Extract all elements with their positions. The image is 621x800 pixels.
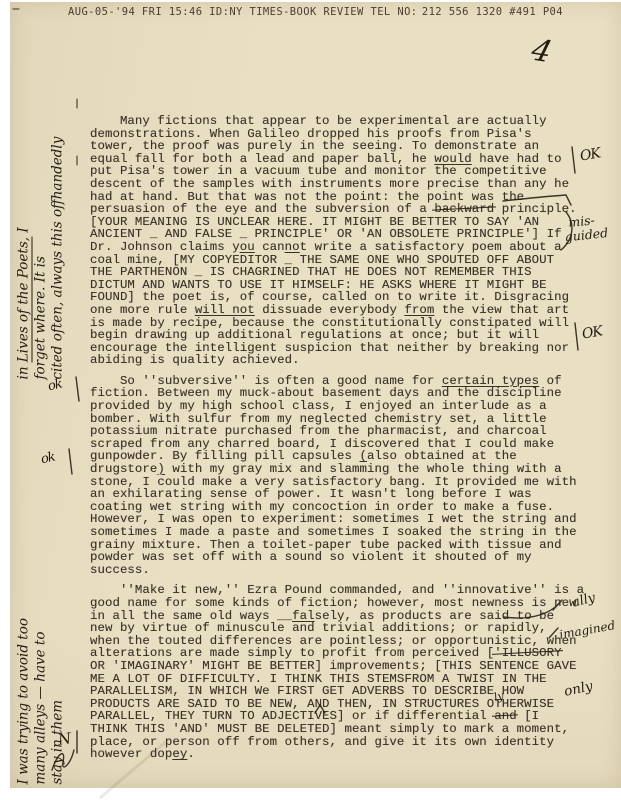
ok-mark-mid-right: OK [581, 323, 603, 342]
typed-line: success. [90, 564, 590, 577]
typed-line: drugstore) with my gray mix and slamming… [90, 463, 590, 476]
margin-note-top-left: in Lives of the Poets, I forget where. I… [16, 80, 67, 380]
typed-line: good name for some kinds of fiction; how… [90, 597, 590, 610]
ok-mark-left-upper: ok [47, 377, 64, 395]
misguided-note: mis- guided [568, 212, 609, 244]
typed-line: sometimes I made a paste and sometimes I… [90, 526, 590, 539]
typed-line: descent of the samples with instruments … [90, 178, 590, 191]
typed-line: Many fictions that appear to be experime… [90, 115, 590, 128]
end-paragraph-mark: N [57, 729, 73, 749]
typescript-body: Many fictions that appear to be experime… [90, 115, 590, 769]
margin-note-line: many alleys — have to [33, 565, 50, 785]
typed-line: persuasion of the eye and the subversion… [90, 203, 590, 216]
ok-mark-left-lower: ok [40, 450, 57, 468]
typed-line: one more rule will not dissuade everybod… [90, 304, 590, 317]
margin-note-line: in Lives of the Poets, I [16, 80, 33, 380]
margin-note-line: stay in them [50, 565, 67, 785]
typed-paragraph: Many fictions that appear to be experime… [90, 115, 590, 367]
typed-line: OR 'IMAGINARY' MIGHT BE BETTER] improvem… [90, 660, 590, 673]
underlined-text: no [285, 240, 300, 254]
typed-line: potassium nitrate purchased from the pha… [90, 425, 590, 438]
fax-page: AUG-05-'94 FRI 15:46 ID:NY TIMES-BOOK RE… [0, 0, 621, 800]
typed-line: Dr. Johnson claims you cannot write a sa… [90, 241, 590, 254]
typed-paragraph: ''Make it new,'' Ezra Pound commanded, a… [90, 584, 590, 760]
struck-text: and [494, 709, 516, 723]
typed-line: PARALLELISM, IN WHICH We FIRST GET ADVER… [90, 685, 590, 698]
typed-line: abiding is quality achieved. [90, 354, 590, 367]
margin-note-line: forget where. It is [33, 80, 50, 380]
typed-line: however dopey. [90, 748, 590, 761]
typed-line: an exhilarating sense of power. It wasn'… [90, 488, 590, 501]
fax-header-left: AUG-05-'94 FRI 15:46 ID:NY TIMES-BOOK RE… [68, 6, 418, 18]
underlined-text: ey [172, 747, 187, 761]
typed-line: new by virtue of minuscule and trivial a… [90, 622, 590, 635]
fax-header: AUG-05-'94 FRI 15:46 ID:NY TIMES-BOOK RE… [68, 6, 563, 18]
underlined-text: ou [240, 240, 255, 254]
margin-note-line: cited often, always this offhandedly [50, 80, 67, 380]
struck-text: backward [434, 202, 494, 216]
underlined-text: from [404, 303, 434, 317]
fax-header-page-info: 212 556 1320 #491 P04 [422, 6, 563, 18]
margin-note-bottom-left: I was trying to avoid too many alleys — … [16, 565, 67, 785]
typed-line: begin drawing up additional regulations … [90, 329, 590, 342]
underlined-text: ) [157, 462, 165, 476]
typed-line: tower, the proof was purely in the seein… [90, 140, 590, 153]
typed-line: powder was set off with a sound so viole… [90, 551, 590, 564]
typed-line: THINK THIS 'AND' MUST BE DELETED] meant … [90, 723, 590, 736]
underlined-text: will not [195, 303, 255, 317]
ok-mark-upper-right: OK [579, 145, 601, 164]
typed-line: THE PARTHENON _ IS CHAGRINED THAT HE DOE… [90, 266, 590, 279]
struck-text: 'ILLUSORY [494, 646, 561, 660]
margin-note-line: I was trying to avoid too [16, 565, 33, 785]
typed-paragraph: So ''subversive'' is often a good name f… [90, 375, 590, 577]
typed-line: provided by my high school class, I enjo… [90, 400, 590, 413]
